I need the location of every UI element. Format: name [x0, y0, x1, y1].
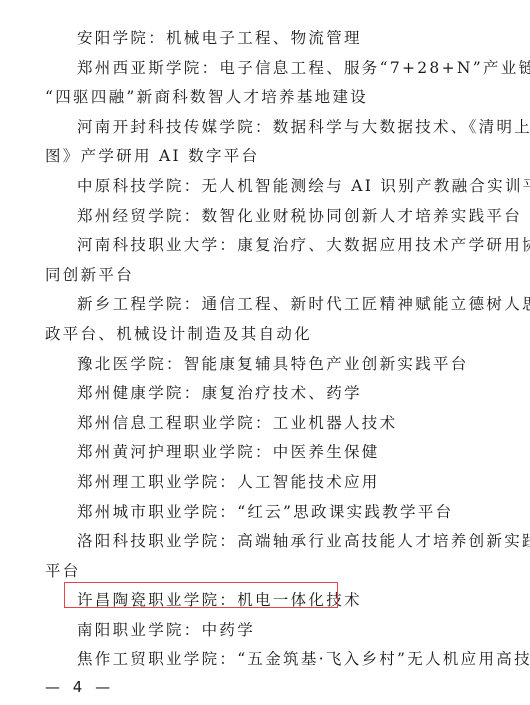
page-number: — 4 — [45, 678, 114, 696]
text-line: 郑州信息工程职业学院：工业机器人技术 [45, 409, 499, 439]
text-line: 洛阳科技职业学院：高端轴承行业高技能人才培养创新实践 [45, 527, 499, 557]
text-line: 郑州黄河护理职业学院：中医养生保健 [45, 438, 499, 468]
text-line: 中原科技学院：无人机智能测绘与 AI 识别产教融合实训平台 [45, 172, 499, 202]
text-line: 郑州城市职业学院：“红云”思政课实践教学平台 [45, 498, 499, 528]
text-line: 安阳学院：机械电子工程、物流管理 [45, 24, 499, 54]
text-line: 南阳职业学院：中药学 [45, 616, 499, 646]
text-line: 焦作工贸职业学院：“五金筑基·飞入乡村”无人机应用高技 [45, 645, 499, 675]
text-line: 河南科技职业大学：康复治疗、大数据应用技术产学研用协 [45, 231, 499, 261]
text-line: 郑州西亚斯学院：电子信息工程、服务“7+28+N”产业链的 [45, 54, 499, 84]
text-line: 新乡工程学院：通信工程、新时代工匠精神赋能立德树人思 [45, 290, 499, 320]
text-line-continuation: 政平台、机械设计制造及其自动化 [45, 320, 499, 350]
text-line: 郑州理工职业学院：人工智能技术应用 [45, 468, 499, 498]
highlight-box [64, 582, 338, 608]
text-line: 豫北医学院：智能康复辅具特色产业创新实践平台 [45, 350, 499, 380]
text-line-continuation: “四驱四融”新商科数智人才培养基地建设 [45, 83, 499, 113]
text-line: 郑州健康学院：康复治疗技术、药学 [45, 379, 499, 409]
text-line: 郑州经贸学院：数智化业财税协同创新人才培养实践平台 [45, 202, 499, 232]
text-line-continuation: 图》产学研用 AI 数字平台 [45, 142, 499, 172]
text-line-continuation: 同创新平台 [45, 261, 499, 291]
text-line: 河南开封科技传媒学院：数据科学与大数据技术、《清明上河 [45, 113, 499, 143]
document-body: 安阳学院：机械电子工程、物流管理 郑州西亚斯学院：电子信息工程、服务“7+28+… [45, 24, 499, 675]
